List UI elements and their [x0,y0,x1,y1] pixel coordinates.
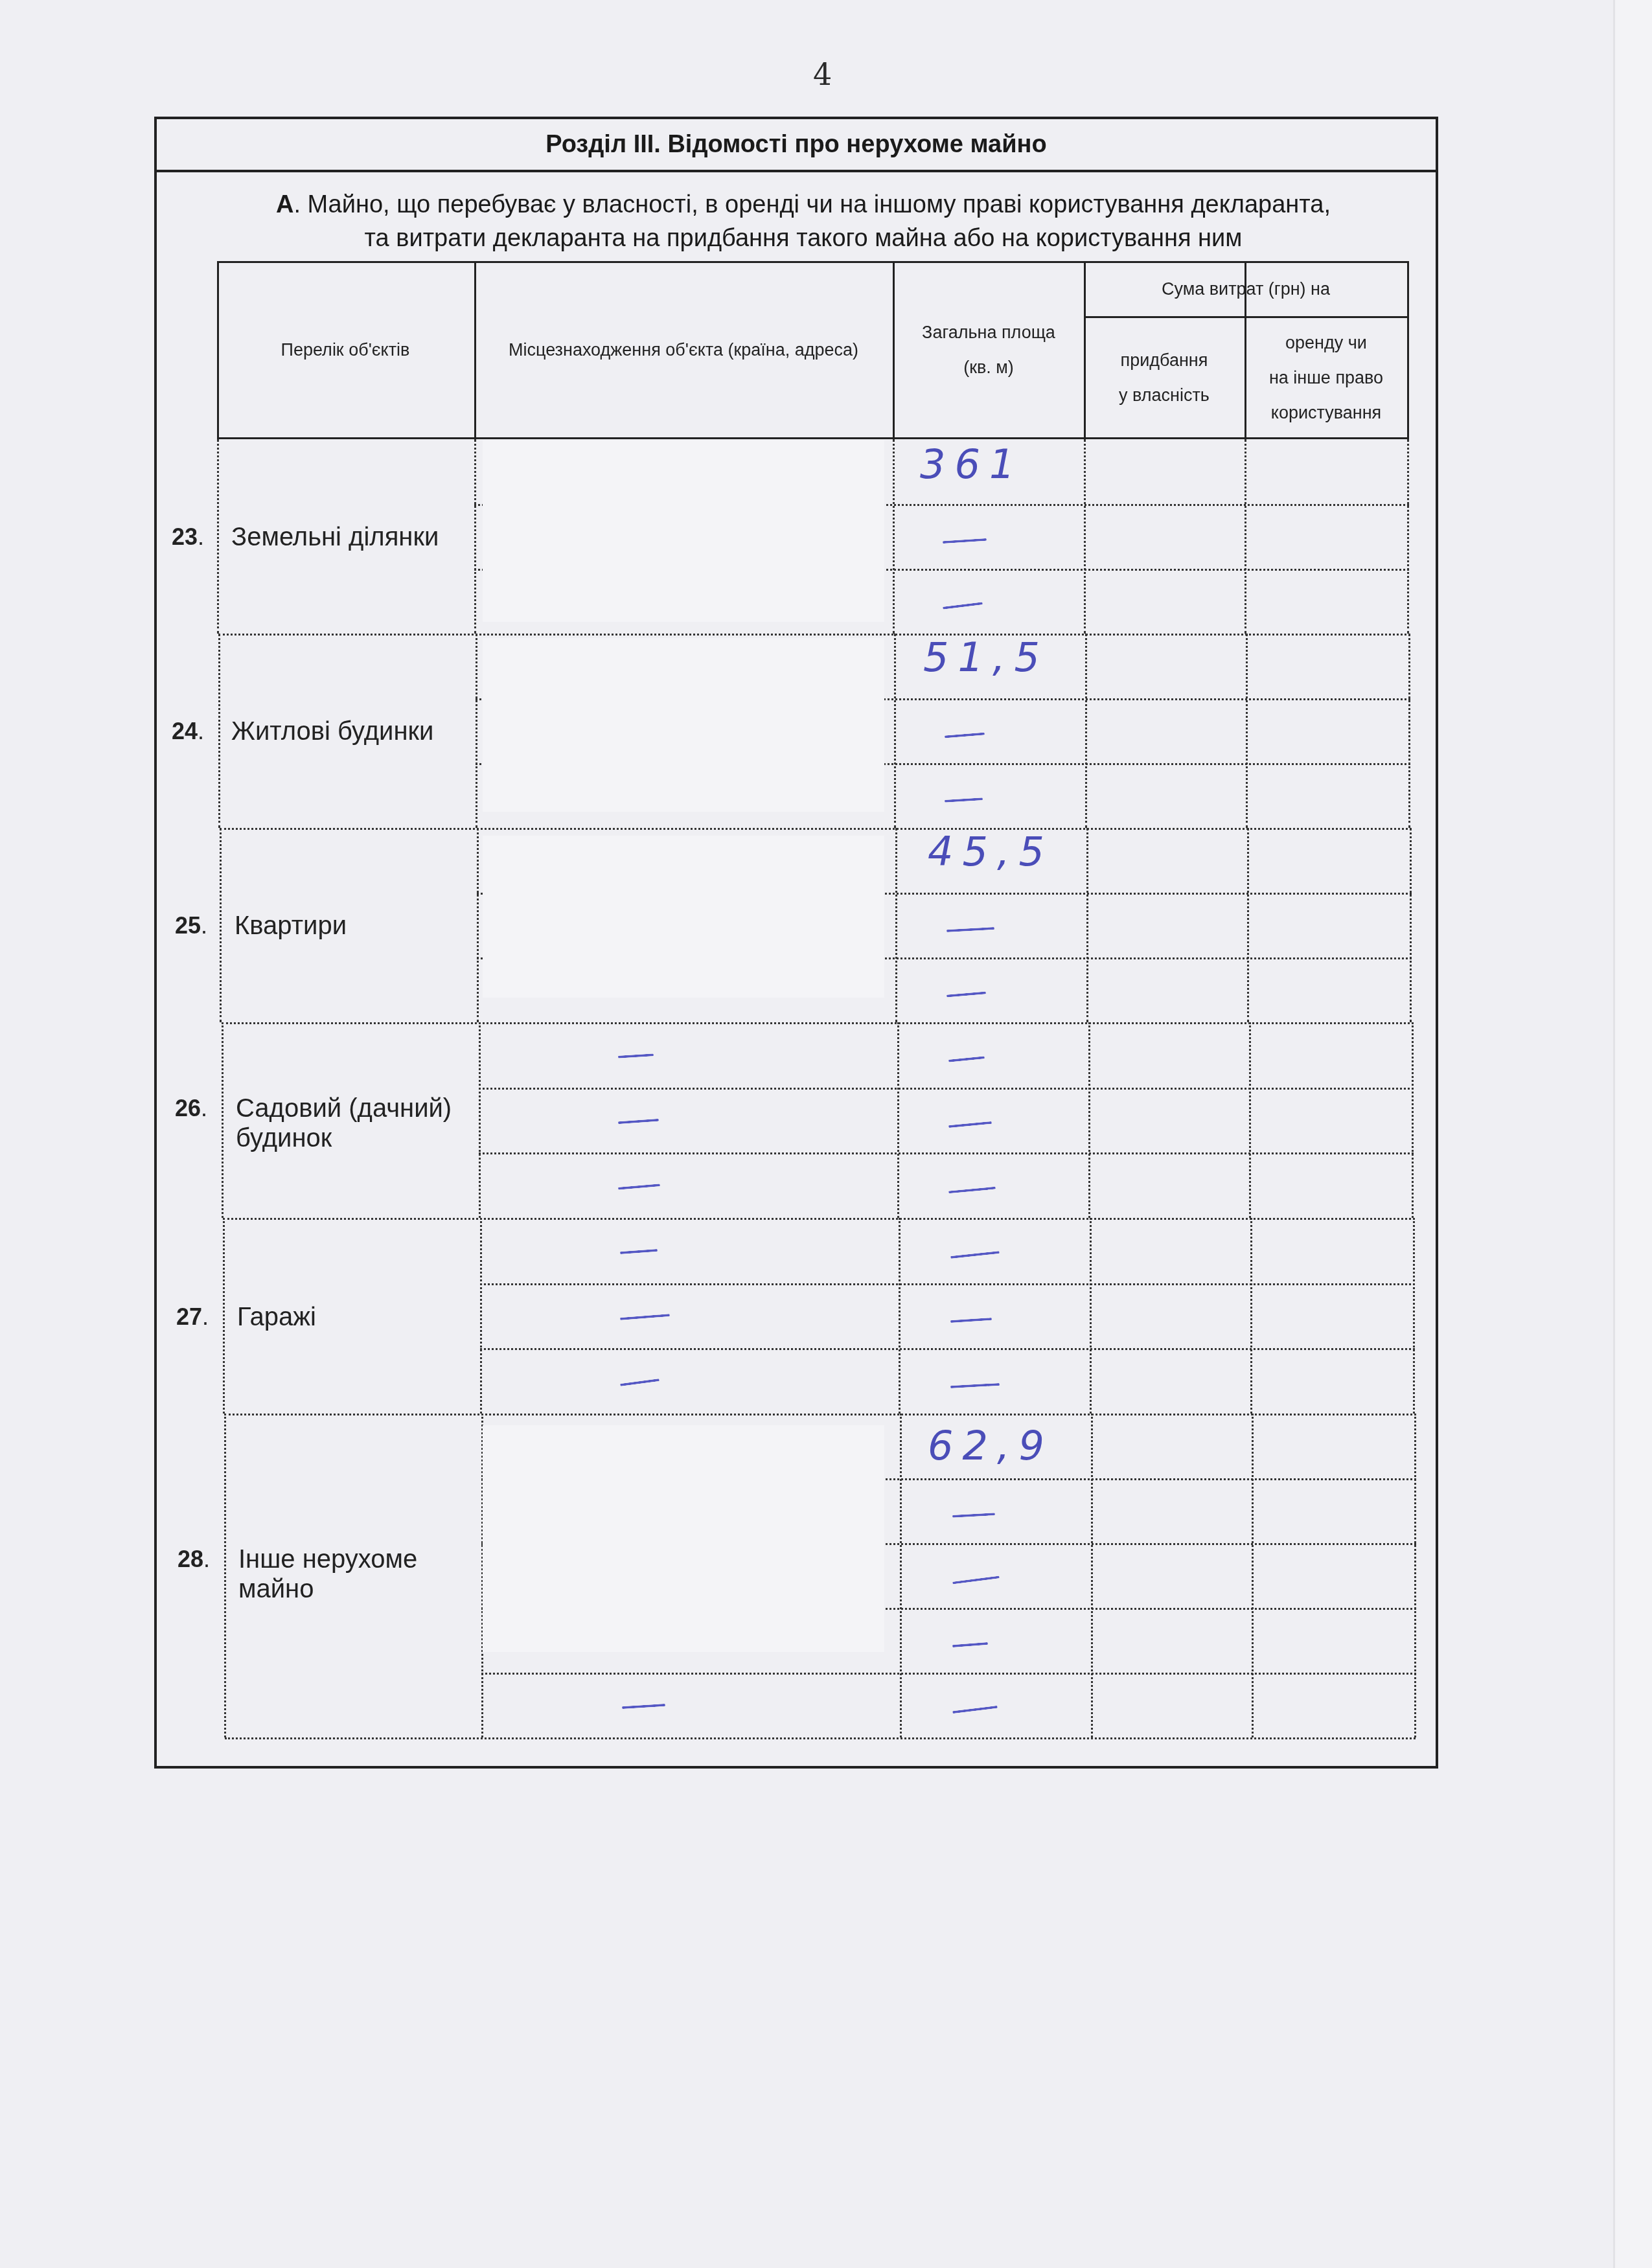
area-value-apartments: 45,5 [928,828,1053,875]
body-column-rule [1088,1022,1090,1218]
row-label-other-real-estate: Інше нерухоме майно [238,1544,417,1604]
body-column-rule [1091,1414,1093,1737]
body-column-rule [480,1218,482,1414]
header-location-text: Місцезнаходження об'єкта (країна, адреса… [509,332,858,367]
header-rent: оренду чи на інше право користування [1245,317,1407,437]
section-title: Розділ ІІІ. Відомості про нерухоме майно [157,119,1436,172]
header-expenses-group: Сума витрат (грн) на [1085,262,1406,315]
group-rule [222,1022,1414,1024]
subrow-rule [481,1673,1416,1675]
row-number-25: 25. [175,912,207,939]
body-column-rule [1247,828,1249,1022]
body-column-rule [223,1218,225,1414]
body-column-rule [893,439,895,634]
header-location: Місцезнаходження об'єкта (країна, адреса… [475,262,892,437]
body-column-rule [477,828,479,1022]
body-column-rule [1085,634,1087,828]
subrow-rule [480,1283,1415,1285]
row-label-other-line1: Інше нерухоме [238,1544,417,1574]
group-rule [223,1218,1415,1220]
body-column-rule [479,1022,481,1218]
header-area-line1: Загальна площа [922,315,1055,350]
body-column-rule [1408,634,1410,828]
header-rent-line3: користування [1271,395,1381,430]
subsection-text-1: . Майно, що перебуває у власності, в оре… [293,191,1331,218]
body-column-rule [220,828,222,1022]
body-column-rule [1245,439,1246,634]
row-number-28: 28. [178,1546,210,1573]
body-column-rule [1410,828,1412,1022]
redacted-address-24 [483,638,884,812]
body-column-rule [1413,1218,1415,1414]
redacted-address-25 [483,836,884,998]
area-value-houses: 51,5 [923,634,1049,681]
area-value-other: 62,9 [928,1422,1053,1469]
body-column-rule [1090,1218,1092,1414]
row-label-garden-house-line1: Садовий (дачний) [236,1094,452,1123]
body-column-rule [1084,439,1086,634]
header-purchase-line2: у власність [1119,378,1210,413]
subrow-rule [480,1348,1415,1350]
row-number-27: 27. [176,1303,209,1331]
body-column-rule [222,1022,224,1218]
header-area-line2: (кв. м) [963,350,1014,385]
body-column-rule [1407,439,1409,634]
redacted-address-23 [483,441,884,622]
body-column-rule [1249,1022,1251,1218]
subsection-letter: А [276,191,293,218]
table-bottom-rule [225,1737,1416,1739]
body-column-rule [894,634,896,828]
header-rent-line2: на інше право [1269,360,1383,395]
row-label-land: Земельні ділянки [231,522,439,552]
body-column-rule [224,1414,226,1737]
subsection-heading: А. Майно, що перебуває у власності, в ор… [168,188,1438,255]
row-label-houses: Житлові будинки [231,716,433,746]
row-number-24: 24. [172,718,204,745]
body-column-rule [1250,1218,1252,1414]
row-label-apartments: Квартири [235,911,347,941]
body-column-rule [476,634,477,828]
body-column-rule [474,439,476,634]
group-rule [218,634,1410,636]
body-column-rule [1414,1414,1416,1737]
row-number-23: 23. [172,523,204,551]
body-column-rule [1412,1022,1414,1218]
header-bottom-rule [217,437,1409,439]
body-column-rule [218,634,220,828]
row-label-garages: Гаражі [237,1302,316,1332]
page-number: 4 [813,57,832,92]
body-column-rule [900,1414,902,1737]
header-objects-text: Перелік об'єктів [281,332,410,367]
subsection-line-2: та витрати декларанта на придбання таког… [168,222,1438,255]
body-column-rule [899,1218,901,1414]
area-value-land: 361 [920,441,1024,488]
header-objects: Перелік об'єктів [218,262,473,437]
body-column-rule [895,828,897,1022]
header-expenses-text: Сума витрат (грн) на [1162,271,1330,306]
row-number-26: 26. [175,1095,207,1122]
body-column-rule [1252,1414,1254,1737]
body-column-rule [897,1022,899,1218]
row-label-garden-house: Садовий (дачний) будинок [236,1094,452,1153]
row-label-garden-house-line2: будинок [236,1123,452,1153]
header-area: Загальна площа (кв. м) [894,304,1083,395]
body-column-rule [217,439,219,634]
header-column-rule [1407,261,1409,437]
subrow-rule [479,1152,1414,1154]
subrow-rule [479,1088,1414,1090]
subsection-line-1: А. Майно, що перебуває у власності, в ор… [168,188,1438,222]
group-rule [224,1414,1416,1415]
page-edge [1613,0,1652,2268]
group-rule [220,828,1412,830]
redacted-address-28 [483,1425,884,1652]
header-purchase-line1: придбання [1121,343,1208,378]
header-purchase: придбання у власність [1085,317,1243,437]
body-column-rule [1086,828,1088,1022]
body-column-rule [1246,634,1248,828]
row-label-other-line2: майно [238,1574,417,1604]
header-rent-line1: оренду чи [1285,325,1367,360]
